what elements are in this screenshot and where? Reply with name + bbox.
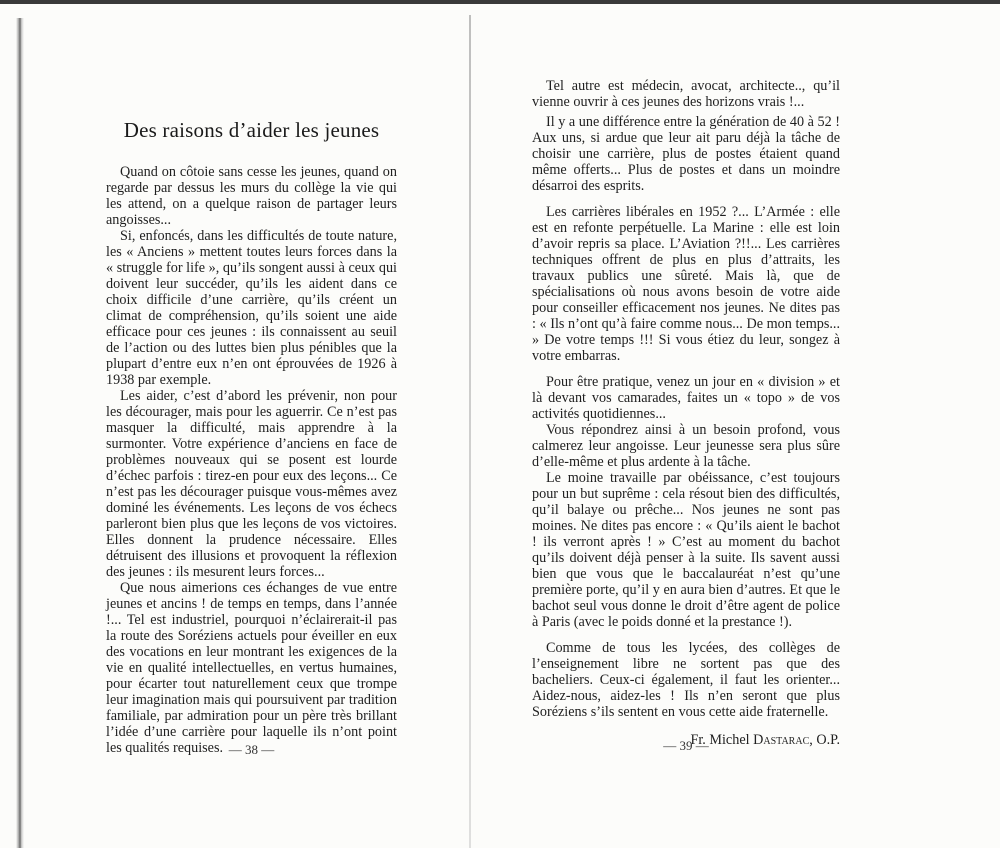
paragraph: Que nous aimerions ces échanges de vue e… [106, 580, 397, 756]
paragraph: Vous répondrez ainsi à un besoin profond… [532, 422, 840, 470]
paragraph: Quand on côtoie sans cesse les jeunes, q… [106, 164, 397, 228]
right-body: Tel autre est médecin, avocat, architect… [532, 78, 840, 748]
paragraph: Les carrières libérales en 1952 ?... L’A… [532, 204, 840, 364]
page-gutter [469, 15, 471, 848]
paragraph: Si, enfoncés, dans les difficultés de to… [106, 228, 397, 388]
paragraph: Le moine travaille par obéissance, c’est… [532, 470, 840, 630]
scan-top-edge [0, 0, 1000, 4]
paragraph: Il y a une différence entre la génératio… [532, 114, 840, 194]
paragraph: Comme de tous les lycées, des collèges d… [532, 640, 840, 720]
binding-shadow [16, 18, 24, 848]
left-body: Quand on côtoie sans cesse les jeunes, q… [106, 164, 397, 756]
paragraph: Tel autre est médecin, avocat, architect… [532, 78, 840, 110]
paragraph: Pour être pratique, venez un jour en « d… [532, 374, 840, 422]
page-number: — 39 — [532, 738, 840, 754]
article-title: Des raisons d’aider les jeunes [106, 122, 397, 138]
page-number: — 38 — [106, 742, 397, 758]
paragraph: Les aider, c’est d’abord les prévenir, n… [106, 388, 397, 580]
